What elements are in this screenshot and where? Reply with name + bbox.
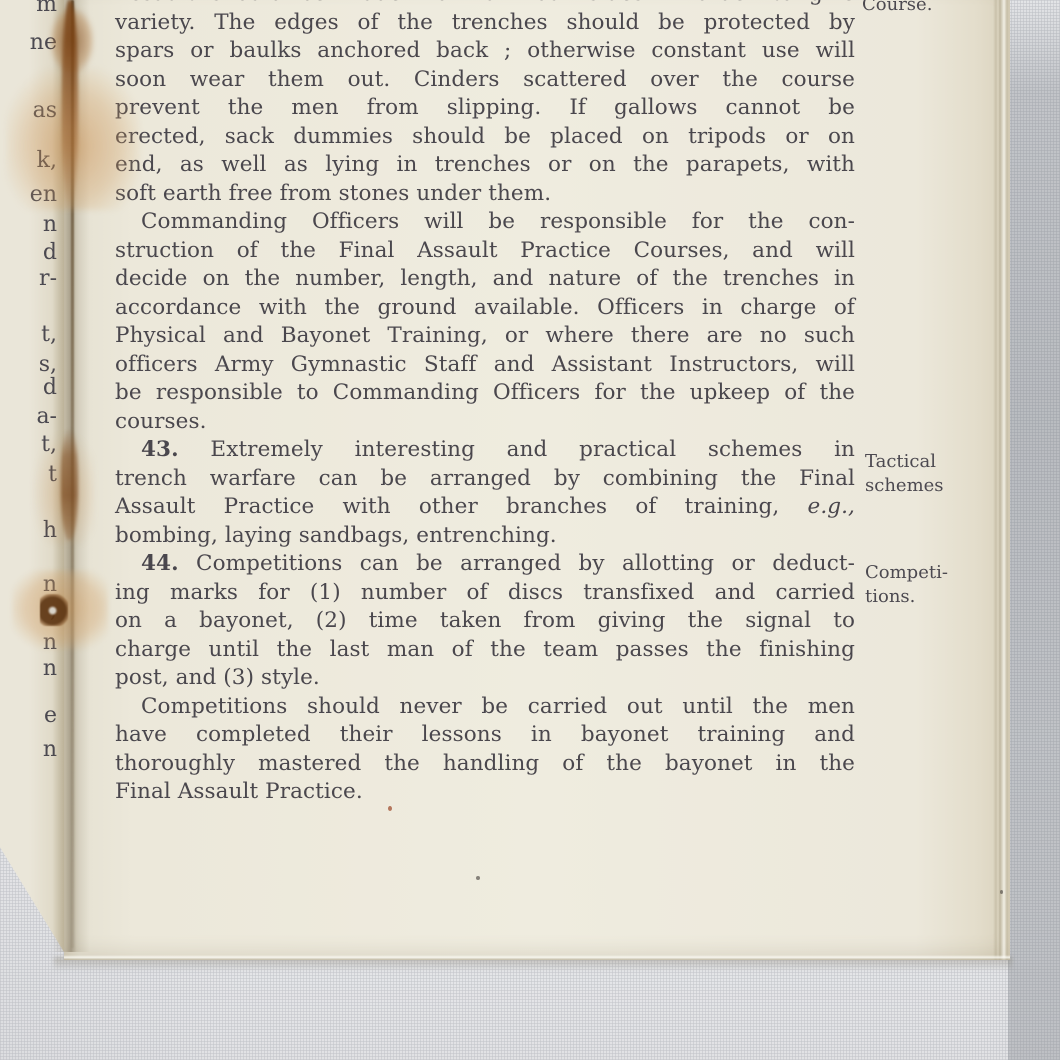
body-text-line: 44. Competitions can be arranged by allo… (115, 550, 855, 579)
body-text-line: Assault should be made from all four sid… (115, 0, 855, 9)
margin-note-line: Competi- (865, 561, 948, 585)
body-text-line: thoroughly mastered the handling of the … (115, 750, 855, 779)
margin-note-line: tions. (865, 585, 948, 609)
right-page: Assault should be made from all four sid… (64, 0, 1010, 960)
body-text-block: Assault should be made from all four sid… (115, 0, 855, 807)
body-text-line: courses. (115, 408, 855, 437)
body-text-line: Commanding Officers will be responsible … (115, 208, 855, 237)
book-photo-scene: mneask,enndr-t,s,da-t,thn,nnen Assault s… (0, 0, 1060, 1060)
margin-note-competitions: Competi- tions. (865, 561, 948, 608)
body-text-line: erected, sack dummies should be placed o… (115, 123, 855, 152)
body-text-line: end, as well as lying in trenches or on … (115, 151, 855, 180)
body-text-line: charge until the last man of the team pa… (115, 636, 855, 665)
body-text-line: post, and (3) style. (115, 664, 855, 693)
body-text-line: Physical and Bayonet Training, or where … (115, 322, 855, 351)
stacked-page-edges (993, 0, 1009, 960)
body-text-line: Assault Practice with other branches of … (115, 493, 855, 522)
body-text-line: variety. The edges of the trenches shoul… (115, 9, 855, 38)
body-text-line: trench warfare can be arranged by combin… (115, 465, 855, 494)
margin-note-course: Course. (862, 0, 932, 17)
body-text-line: soon wear them out. Cinders scattered ov… (115, 66, 855, 95)
body-text-line: bombing, laying sandbags, entrenching. (115, 522, 855, 551)
text-segment: Competitions can be arranged by allottin… (179, 551, 855, 576)
paper-speck (1000, 890, 1003, 894)
body-text-line: struction of the Final Assault Practice … (115, 237, 855, 266)
text-segment: 44. (141, 551, 179, 576)
text-segment: Assault Practice with other branches of … (115, 494, 808, 519)
body-text-line: soft earth free from stones under them. (115, 180, 855, 209)
paper-speck (388, 806, 392, 811)
body-text-line: decide on the number, length, and nature… (115, 265, 855, 294)
fabric-shadow-right-strip (1008, 0, 1060, 1060)
text-segment: 43. (141, 437, 179, 462)
body-text-line: accordance with the ground available. Of… (115, 294, 855, 323)
margin-note-line: Tactical (865, 450, 944, 474)
body-text-line: be responsible to Commanding Officers fo… (115, 379, 855, 408)
gutter-fold-line (71, 0, 74, 948)
body-text-line: spars or baulks anchored back ; otherwis… (115, 37, 855, 66)
body-text-line: officers Army Gymnastic Staff and Assist… (115, 351, 855, 380)
body-text-line: ing marks for (1) number of discs transf… (115, 579, 855, 608)
text-segment: Extremely interesting and practical sche… (179, 437, 855, 462)
margin-note-tactical-schemes: Tactical schemes (865, 450, 944, 497)
text-segment: e.g., (808, 494, 856, 519)
body-text-line: on a bayonet, (2) time taken from giving… (115, 607, 855, 636)
margin-note-line: schemes (865, 474, 944, 498)
body-text-line: prevent the men from slipping. If gallow… (115, 94, 855, 123)
body-text-line: Competitions should never be carried out… (115, 693, 855, 722)
body-text-line: have completed their lessons in bayonet … (115, 721, 855, 750)
body-text-line: 43. Extremely interesting and practical … (115, 436, 855, 465)
body-text-line: Final Assault Practice. (115, 778, 855, 807)
paper-speck (476, 876, 480, 880)
